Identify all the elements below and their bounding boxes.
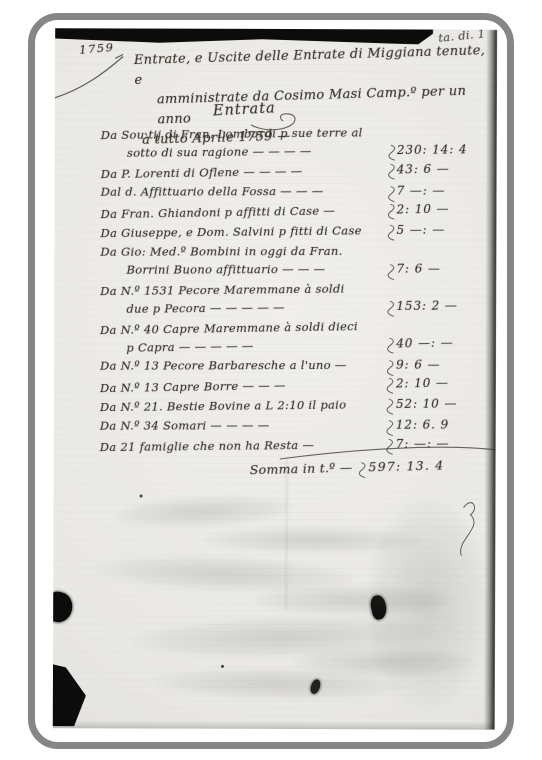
- year-annotation: 1759: [79, 40, 115, 57]
- entry-description: Da Sou.tij di Fran. Lombardi p sue terre…: [101, 123, 397, 162]
- ledger-entry: Da 21 famiglie che non ha Resta — 7: —: …: [100, 434, 488, 456]
- manuscript-page: ta. di. 1 1759 Entrate, e Uscite delle E…: [53, 28, 497, 730]
- ledger-entry: Da Gio: Med.º Bombini in oggi da Fran.Bo…: [100, 241, 488, 278]
- entry-description: Da P. Lorenti di Oflene — — — —: [101, 160, 397, 183]
- entry-amount: 52: 10 —: [396, 394, 488, 413]
- ledger-entry: Da Giuseppe, e Dom. Salvini p fitti di C…: [100, 220, 488, 242]
- entry-amount: 2: 10 —: [396, 199, 488, 218]
- page-corner-blot: [53, 662, 86, 726]
- total-label: Somma in t.º —: [250, 460, 353, 478]
- total-amount: 597: 13. 4: [368, 457, 444, 474]
- bleedthrough-smudge: [113, 492, 294, 531]
- ledger-entry: Da N.º 1531 Pecore Maremmane à soldidue …: [100, 278, 488, 318]
- entry-description: Da N.º 40 Capre Maremmane à soldi diecip…: [100, 316, 397, 357]
- ledger-entry: Dal d. Affittuario della Fossa — — — 7 —…: [101, 181, 489, 200]
- ink-blot: [53, 590, 76, 625]
- entry-amount: 7 —: —: [397, 181, 489, 199]
- ledger-entry: Da Sou.tij di Fran. Lombardi p sue terre…: [101, 122, 489, 162]
- entry-amount: 5 —: —: [396, 220, 488, 239]
- entry-description: Da N.º 13 Capre Borre — — —: [100, 374, 396, 397]
- entry-description: Da Fran. Ghiandoni p affitti di Case —: [100, 200, 396, 223]
- entry-description: Da Gio: Med.º Bombini in oggi da Fran.Bo…: [100, 242, 396, 279]
- entry-amount: 230: 14: 4: [397, 140, 489, 159]
- scan-border-frame: ta. di. 1 1759 Entrate, e Uscite delle E…: [28, 13, 514, 749]
- entry-amount: 2: 10 —: [396, 373, 488, 392]
- ledger-entry: Da N.º 34 Somari — — — — 12: 6. 9: [100, 415, 488, 434]
- entry-amount: 40 —: —: [396, 333, 488, 352]
- ink-dot: [221, 665, 224, 668]
- entry-description: Da Giuseppe, e Dom. Salvini p fitti di C…: [100, 221, 396, 242]
- entry-amount: 7: —: —: [396, 434, 488, 453]
- ledger-entry: Da Fran. Ghiandoni p affitti di Case — 2…: [100, 199, 488, 223]
- entry-description: Dal d. Affittuario della Fossa — — —: [101, 182, 397, 201]
- ledger-entry: Da P. Lorenti di Oflene — — — — 43: 6 —: [101, 159, 489, 183]
- entry-amount: 43: 6 —: [397, 159, 489, 178]
- ledger-entry: Da N.º 40 Capre Maremmane à soldi diecip…: [100, 315, 489, 357]
- entry-description: Da N.º 1531 Pecore Maremmane à soldidue …: [100, 279, 396, 318]
- ledger-entry: Da N.º 13 Pecore Barbaresche a l'uno — 9…: [100, 355, 488, 374]
- bleedthrough-smudge: [367, 499, 488, 709]
- entry-amount: 9: 6 —: [396, 355, 488, 373]
- entries-list: Da Sou.tij di Fran. Lombardi p sue terre…: [100, 123, 489, 474]
- entry-description: Da N.º 21. Bestie Bovine a L 2:10 il pai…: [100, 395, 396, 416]
- ledger-entry: Da N.º 13 Capre Borre — — — 2: 10 —: [100, 373, 488, 397]
- section-heading: Entrata: [213, 100, 277, 119]
- entry-description: Da N.º 34 Somari — — — —: [100, 416, 396, 435]
- entry-description: Da N.º 13 Pecore Barbaresche a l'uno —: [100, 356, 396, 375]
- ledger-entry: Da N.º 21. Bestie Bovine a L 2:10 il pai…: [100, 394, 488, 416]
- entry-amount: 12: 6. 9: [396, 415, 488, 433]
- ink-dot: [140, 495, 143, 498]
- entry-amount: 7: 6 —: [396, 259, 488, 277]
- entry-description: Da 21 famiglie che non ha Resta —: [100, 435, 396, 456]
- entry-amount: 153: 2 —: [396, 296, 488, 315]
